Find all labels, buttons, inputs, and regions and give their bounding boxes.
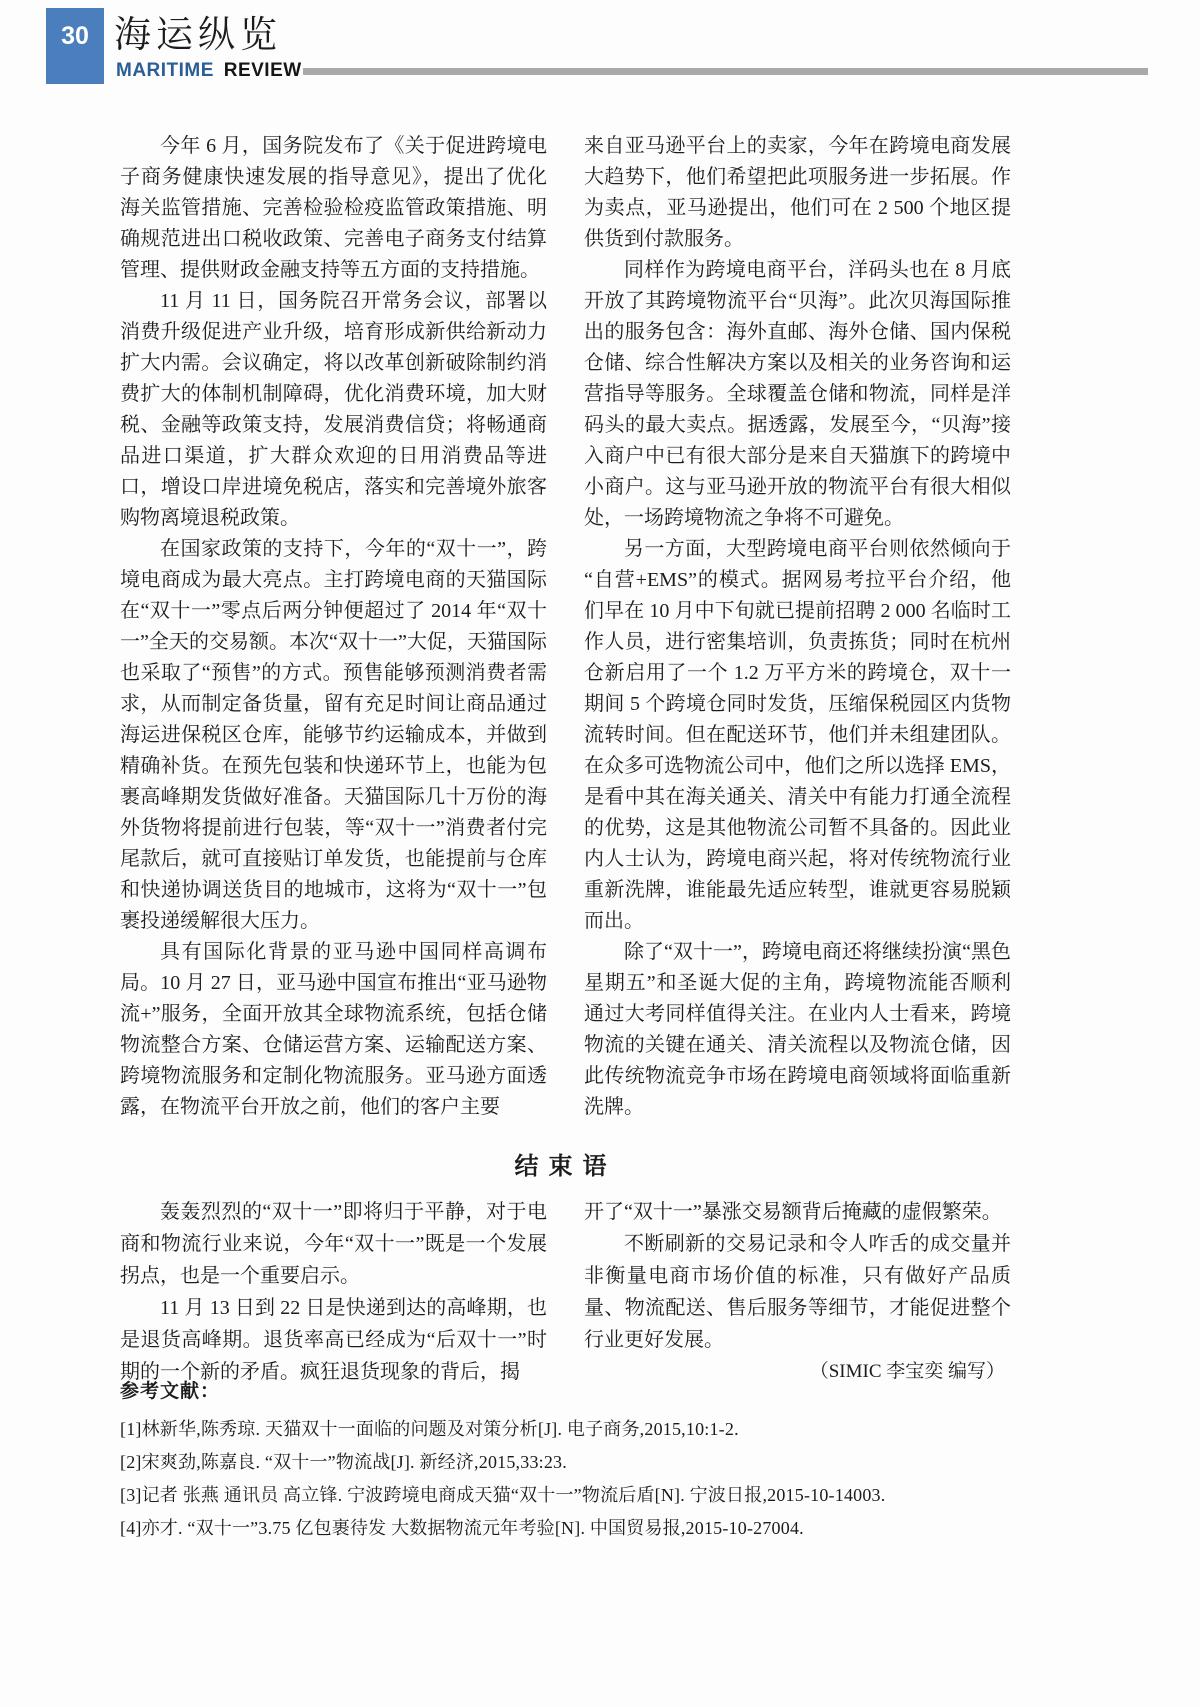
magazine-page: 30 海运纵览 MARITIME REVIEW 今年 6 月，国务院发布了《关于… xyxy=(0,0,1200,1707)
reference-item: [1]林新华,陈秀琼. 天猫双十一面临的问题及对策分析[J]. 电子商务,201… xyxy=(120,1413,1020,1446)
references-section: 参考文献： [1]林新华,陈秀琼. 天猫双十一面临的问题及对策分析[J]. 电子… xyxy=(120,1376,1020,1545)
conclusion-right-paragraphs: 开了“双十一”暴涨交易额背后掩藏的虚假繁荣。不断刷新的交易记录和令人咋舌的成交量… xyxy=(584,1196,1011,1356)
page-number: 30 xyxy=(61,22,89,50)
section-title: 海运纵览 xyxy=(114,16,282,57)
reference-item: [3]记者 张燕 通讯员 高立锋. 宁波跨境电商成天猫“双十一”物流后盾[N].… xyxy=(120,1479,1020,1512)
article-columns: 今年 6 月，国务院发布了《关于促进跨境电子商务健康快速发展的指导意见》，提出了… xyxy=(120,131,1011,1123)
conclusion-paragraph: 11 月 13 日到 22 日是快递到达的高峰期，也是退货高峰期。退货率高已经成… xyxy=(120,1292,547,1388)
article-paragraph: 在国家政策的支持下，今年的“双十一”，跨境电商成为最大亮点。主打跨境电商的天猫国… xyxy=(120,534,547,937)
conclusion-paragraph: 不断刷新的交易记录和令人咋舌的成交量并非衡量电商市场价值的标准，只有做好产品质量… xyxy=(584,1228,1011,1356)
article-column-left: 今年 6 月，国务院发布了《关于促进跨境电子商务健康快速发展的指导意见》，提出了… xyxy=(120,131,547,1123)
conclusion-heading: 结束语 xyxy=(120,1146,1011,1181)
subtitle-review: REVIEW xyxy=(224,60,302,81)
subtitle: MARITIME REVIEW xyxy=(116,60,302,82)
conclusion-paragraph: 轰轰烈烈的“双十一”即将归于平静，对于电商和物流行业来说，今年“双十一”既是一个… xyxy=(120,1196,547,1292)
reference-item: [2]宋爽劲,陈嘉良. “双十一”物流战[J]. 新经济,2015,33:23. xyxy=(120,1446,1020,1479)
header-rule xyxy=(303,68,1148,75)
article-paragraph: 除了“双十一”，跨境电商还将继续扮演“黑色星期五”和圣诞大促的主角，跨境物流能否… xyxy=(584,937,1011,1123)
article-paragraph: 另一方面，大型跨境电商平台则依然倾向于“自营+EMS”的模式。据网易考拉平台介绍… xyxy=(584,534,1011,937)
reference-item: [4]亦才. “双十一”3.75 亿包裹待发 大数据物流元年考验[N]. 中国贸… xyxy=(120,1512,1020,1545)
subtitle-maritime: MARITIME xyxy=(116,60,214,81)
article-paragraph: 今年 6 月，国务院发布了《关于促进跨境电子商务健康快速发展的指导意见》，提出了… xyxy=(120,131,547,286)
conclusion-column-left: 轰轰烈烈的“双十一”即将归于平静，对于电商和物流行业来说，今年“双十一”既是一个… xyxy=(120,1196,547,1388)
article-paragraph: 11 月 11 日，国务院召开常务会议，部署以消费升级促进产业升级，培育形成新供… xyxy=(120,286,547,534)
article-paragraph: 具有国际化背景的亚马逊中国同样高调布局。10 月 27 日，亚马逊中国宣布推出“… xyxy=(120,937,547,1123)
reference-list: [1]林新华,陈秀琼. 天猫双十一面临的问题及对策分析[J]. 电子商务,201… xyxy=(120,1413,1020,1545)
article-paragraph: 来自亚马逊平台上的卖家，今年在跨境电商发展大趋势下，他们希望把此项服务进一步拓展… xyxy=(584,131,1011,255)
conclusion-column-right: 开了“双十一”暴涨交易额背后掩藏的虚假繁荣。不断刷新的交易记录和令人咋舌的成交量… xyxy=(584,1196,1011,1388)
article-paragraph: 同样作为跨境电商平台，洋码头也在 8 月底开放了其跨境物流平台“贝海”。此次贝海… xyxy=(584,255,1011,534)
conclusion-columns: 轰轰烈烈的“双十一”即将归于平静，对于电商和物流行业来说，今年“双十一”既是一个… xyxy=(120,1196,1011,1388)
page-number-box: 30 xyxy=(46,8,104,84)
references-heading: 参考文献： xyxy=(120,1376,1020,1403)
article-column-right: 来自亚马逊平台上的卖家，今年在跨境电商发展大趋势下，他们希望把此项服务进一步拓展… xyxy=(584,131,1011,1123)
conclusion-paragraph: 开了“双十一”暴涨交易额背后掩藏的虚假繁荣。 xyxy=(584,1196,1011,1228)
